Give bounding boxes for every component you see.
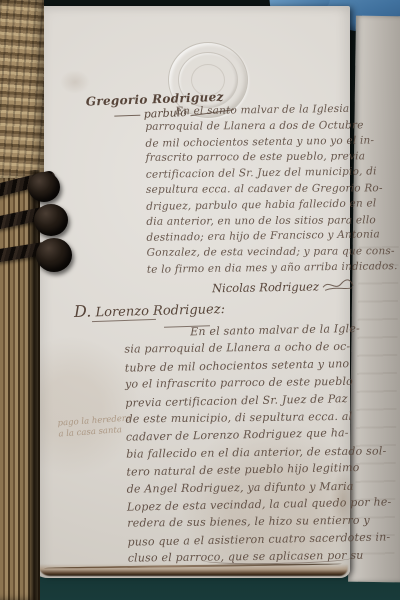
strap-knob [36,238,72,272]
page-stack-edges-top [0,0,44,178]
entry2-payment-note: pago la heredera a la casa santa [57,413,132,440]
entry1-body: En el santo malvar de la Iglesia parroqu… [145,102,389,278]
entry2-body: En el santo malvar de la Igle- sia parro… [124,320,390,568]
manuscript-page: Gregorio Rodriguez parbulo En el santo m… [34,6,350,578]
flourished-initial: D. [74,302,92,321]
binding-gutter-shadow [28,170,40,600]
strap-knob [28,172,60,202]
entry1-signature: Nicolas Rodriguez [212,277,355,295]
manuscript-line: te lo firmo en dia mes y año arriba indi… [147,259,389,278]
signature-rubric-icon [321,277,355,294]
burnt-bottom-edge [38,564,348,576]
book-photo: Gregorio Rodriguez parbulo En el santo m… [0,0,400,600]
entry2-margin-heading: D. Lorenzo Rodriguez: [74,298,225,321]
flourish-dash [114,114,140,116]
strap-knob [34,204,68,236]
